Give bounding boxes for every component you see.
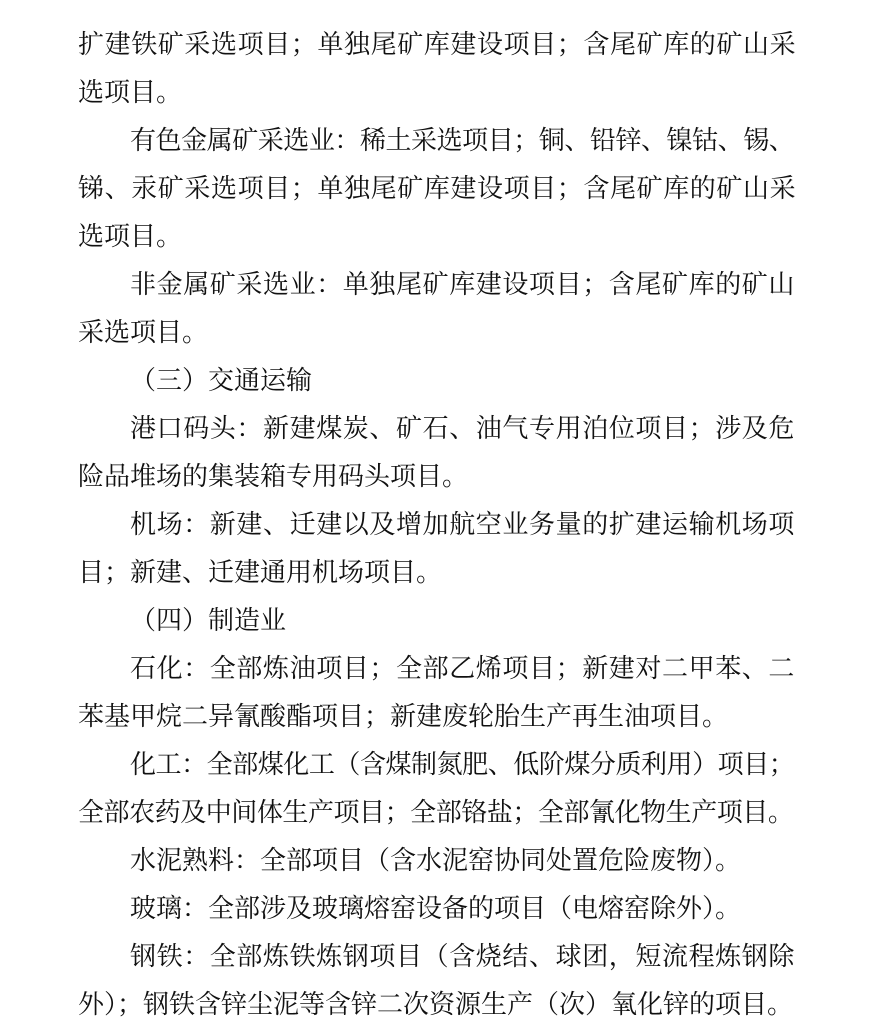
- text-line: 非金属矿采选业：单独尾矿库建设项目；含尾矿库的矿山: [78, 261, 795, 309]
- text-line: 钢铁：全部炼铁炼钢项目（含烧结、球团，短流程炼钢除: [78, 933, 795, 981]
- section-heading: （四）制造业: [78, 597, 795, 645]
- text-line: 有色金属矿采选业：稀土采选项目；铜、铅锌、镍钴、锡、: [78, 117, 795, 165]
- text-line: 险品堆场的集装箱专用码头项目。: [78, 453, 795, 501]
- section-heading: （三）交通运输: [78, 357, 795, 405]
- text-line: 苯基甲烷二异氰酸酯项目；新建废轮胎生产再生油项目。: [78, 693, 795, 741]
- text-line: 机场：新建、迁建以及增加航空业务量的扩建运输机场项: [78, 501, 795, 549]
- text-line: 外）；钢铁含锌尘泥等含锌二次资源生产（次）氧化锌的项目。: [78, 981, 795, 1029]
- document-page: 扩建铁矿采选项目；单独尾矿库建设项目；含尾矿库的矿山采 选项目。 有色金属矿采选…: [0, 0, 873, 1032]
- text-line: 水泥熟料：全部项目（含水泥窑协同处置危险废物）。: [78, 837, 795, 885]
- text-line: 采选项目。: [78, 309, 795, 357]
- text-line: 港口码头：新建煤炭、矿石、油气专用泊位项目；涉及危: [78, 405, 795, 453]
- text-line: 选项目。: [78, 213, 795, 261]
- text-line: 目；新建、迁建通用机场项目。: [78, 549, 795, 597]
- text-line: 全部农药及中间体生产项目；全部铬盐；全部氰化物生产项目。: [78, 789, 795, 837]
- text-line: 化工：全部煤化工（含煤制氮肥、低阶煤分质利用）项目；: [78, 741, 795, 789]
- text-line: 选项目。: [78, 69, 795, 117]
- text-line: 石化：全部炼油项目；全部乙烯项目；新建对二甲苯、二: [78, 645, 795, 693]
- text-line: 扩建铁矿采选项目；单独尾矿库建设项目；含尾矿库的矿山采: [78, 21, 795, 69]
- text-line: 锑、汞矿采选项目；单独尾矿库建设项目；含尾矿库的矿山采: [78, 165, 795, 213]
- text-line: 玻璃：全部涉及玻璃熔窑设备的项目（电熔窑除外）。: [78, 885, 795, 933]
